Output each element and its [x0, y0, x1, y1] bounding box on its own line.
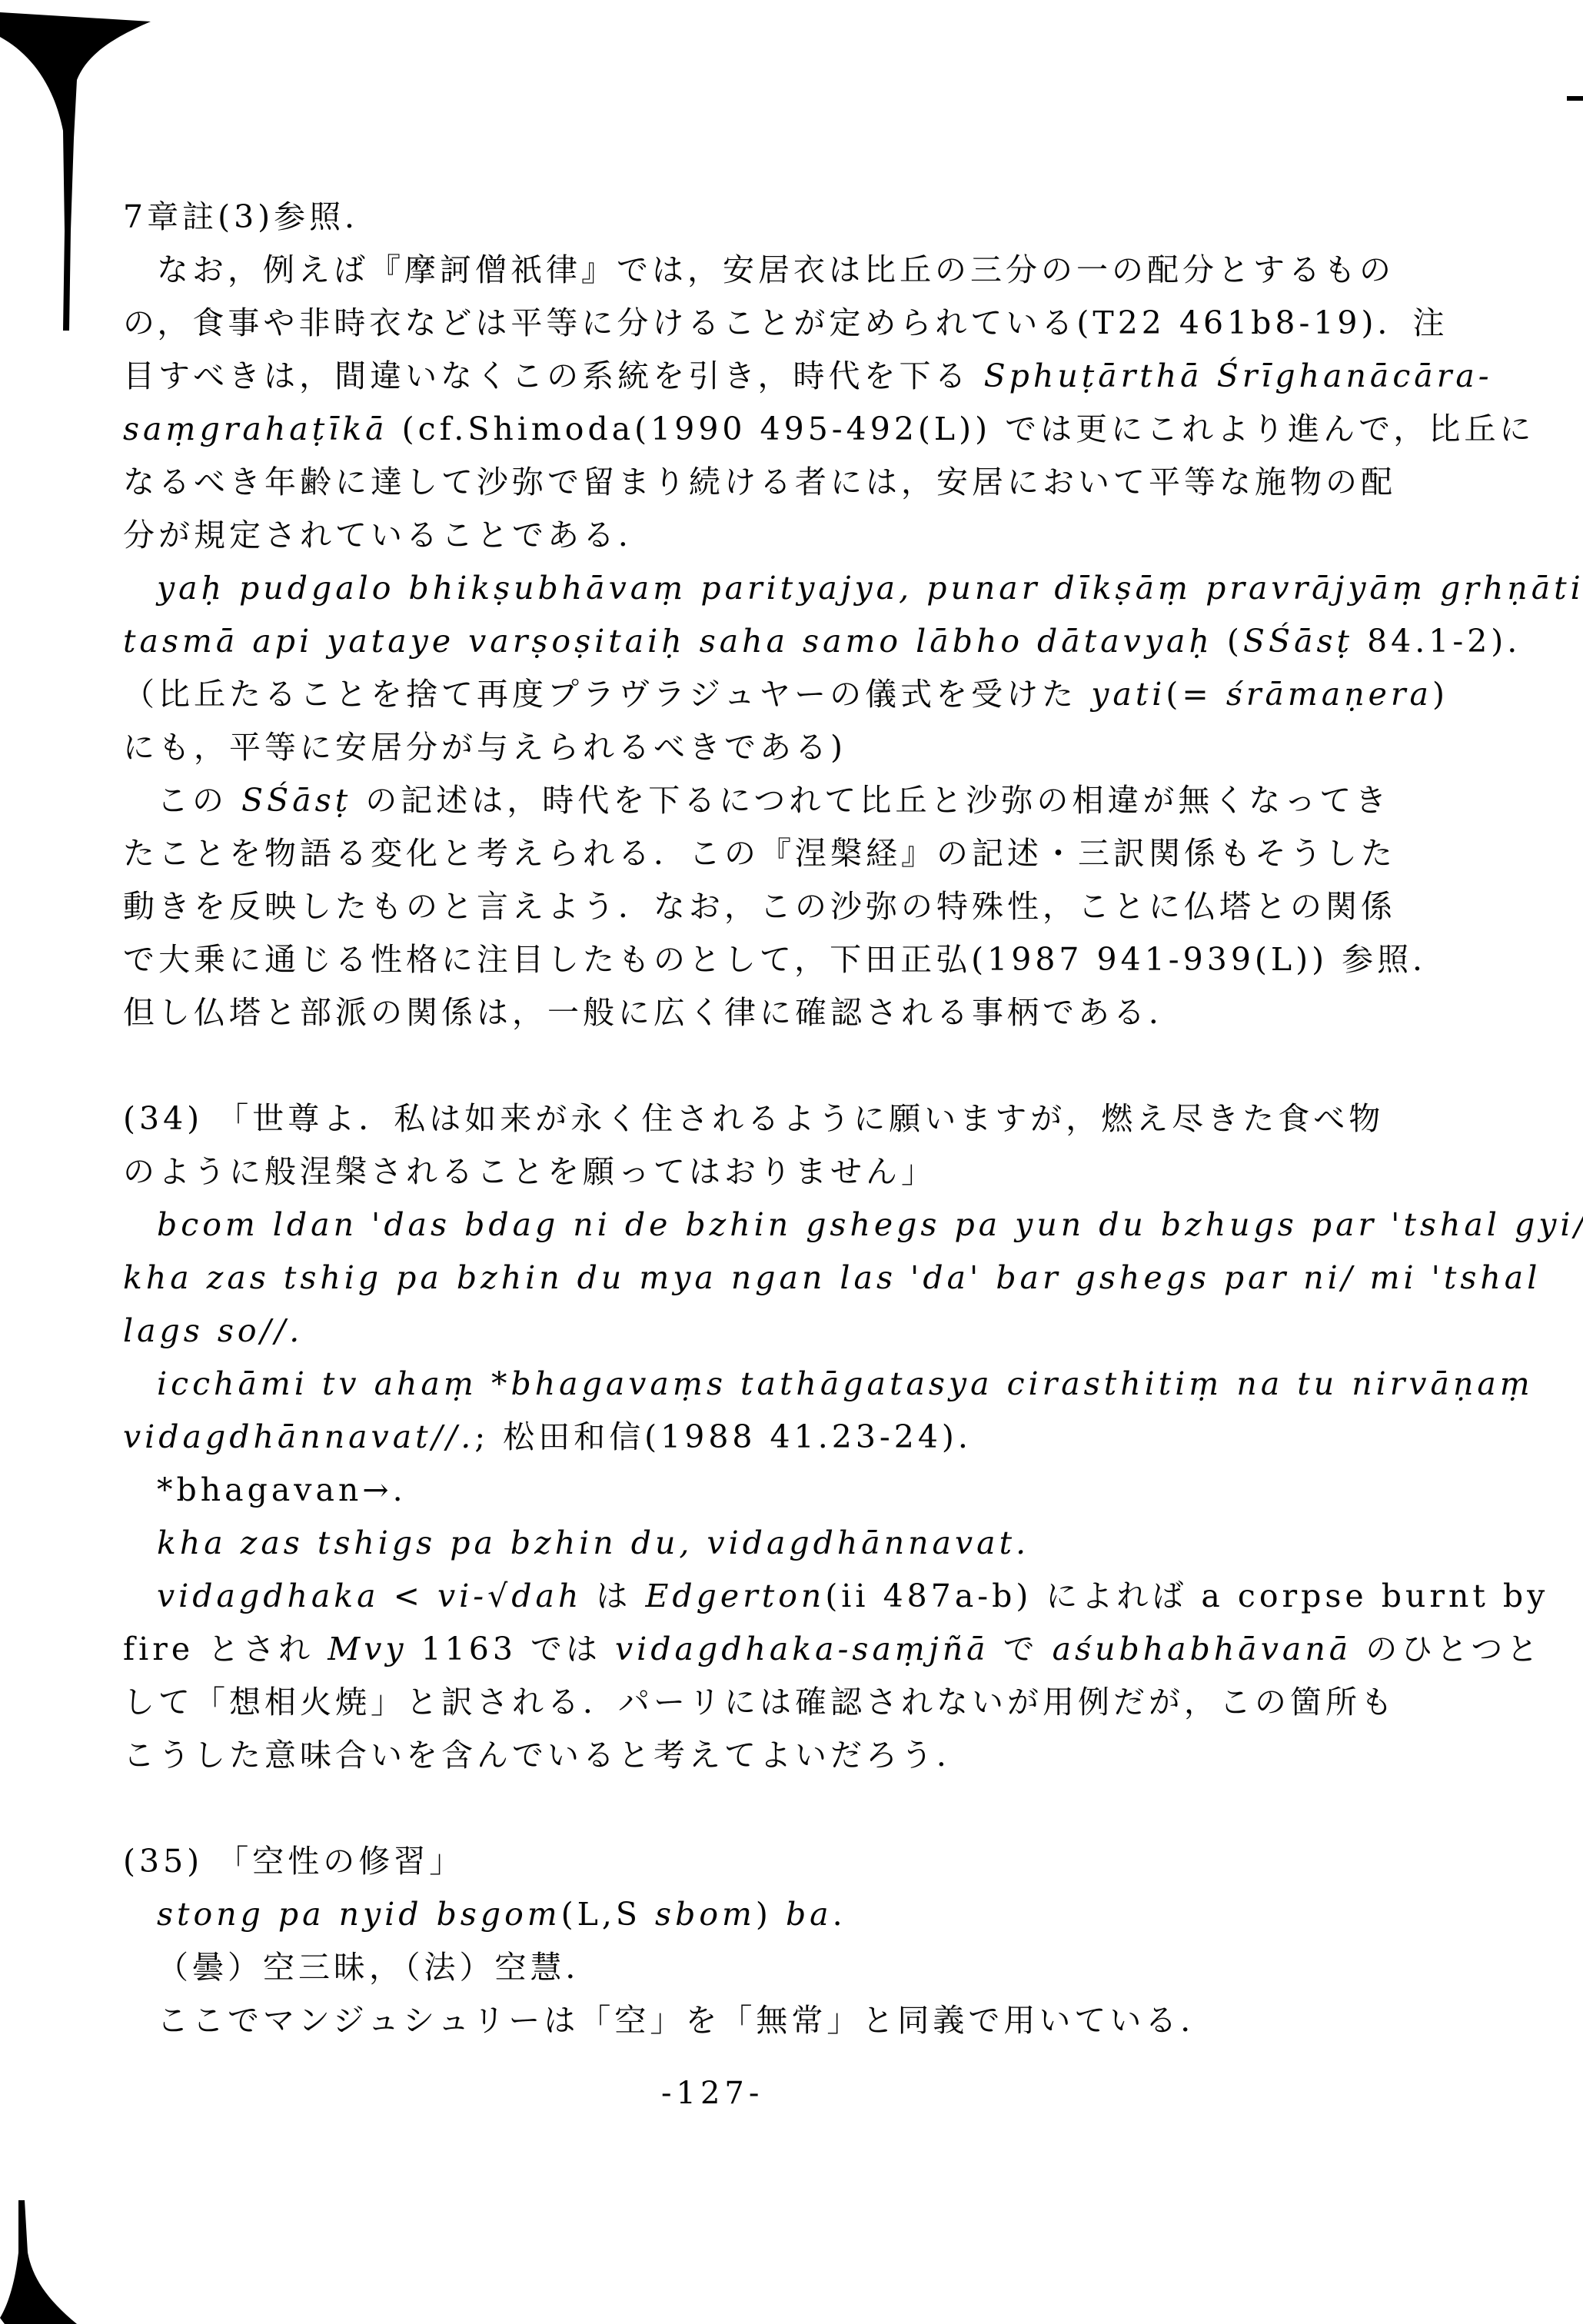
text-line: icchāmi tv ahaṃ *bhagavaṃs tathāgatasya … — [123, 1358, 1488, 1411]
body-text: なるべき年齢に達して沙弥で留まり続ける者には，安居において平等な施物の配 — [123, 464, 1396, 500]
text-line: kha zas tshig pa bzhin du mya ngan las '… — [123, 1252, 1488, 1305]
text-line: tasmā api yataye varṣoṣitaiḥ saha samo l… — [123, 615, 1488, 668]
text-line: bcom ldan 'das bdag ni de bzhin gshegs p… — [123, 1199, 1488, 1252]
text-line: fire とされ Mvy 1163 では vidagdhaka-saṃjñā で… — [123, 1623, 1488, 1676]
romanized-text: sbom — [655, 1896, 756, 1933]
document-lines: 7章註(3)参照．なお，例えば『摩訶僧祇律』では，安居衣は比丘の三分の一の配分と… — [123, 191, 1488, 2047]
romanized-text: stong pa nyid bsgom — [157, 1896, 561, 1933]
scanned-document-page: 7章註(3)参照．なお，例えば『摩訶僧祇律』では，安居衣は比丘の三分の一の配分と… — [0, 0, 1583, 2324]
romanized-text: vidagdhaka-saṃjñā — [615, 1631, 989, 1667]
body-text: なお，例えば『摩訶僧祇律』では，安居衣は比丘の三分の一の配分とするもの — [157, 251, 1395, 288]
body-text: にも，平等に安居分が与えられるべきである) — [123, 729, 846, 766]
text-line: たことを物語る変化と考えられる．この『涅槃経』の記述・三訳関係もそうした — [123, 827, 1488, 880]
body-text: (35) 「空性の修習」 — [123, 1843, 464, 1880]
body-text: ) — [1432, 676, 1448, 713]
body-text: *bhagavan→. — [157, 1471, 407, 1508]
body-text: < — [380, 1578, 437, 1614]
body-text: 但し仏塔と部派の関係は，一般に広く律に確認される事柄である． — [123, 994, 1184, 1031]
body-text: 7章註(3)参照． — [123, 198, 380, 235]
romanized-text: yati — [1091, 676, 1166, 713]
body-text: 分が規定されていることである． — [123, 517, 653, 554]
body-text: して「想相火焼」と訳される．パーリには確認されないが用例だが，この箇所も — [123, 1684, 1396, 1721]
romanized-text: bcom ldan 'das bdag ni de bzhin gshegs p… — [157, 1206, 1583, 1243]
romanized-text: śrāmaṇera — [1226, 676, 1432, 713]
body-text: ここでマンジュシュリーは「空」を「無常」と同義で用いている． — [157, 2002, 1216, 2039]
text-line: なお，例えば『摩訶僧祇律』では，安居衣は比丘の三分の一の配分とするもの — [123, 244, 1488, 297]
text-line: *bhagavan→. — [123, 1464, 1488, 1517]
romanized-text: icchāmi tv ahaṃ *bhagavaṃs tathāgatasya … — [157, 1365, 1534, 1402]
text-line: yaḥ pudgalo bhikṣubhāvaṃ parityajya, pun… — [123, 562, 1488, 615]
body-text: （曇）空三昧，（法）空慧． — [157, 1949, 601, 1986]
body-text: (cf.Shimoda(1990 495-492(L)) では更にこれより進んで… — [388, 411, 1535, 447]
romanized-text: Mvy — [328, 1631, 407, 1667]
text-line: 分が規定されていることである． — [123, 509, 1488, 562]
text-line: なるべき年齢に達して沙弥で留まり続ける者には，安居において平等な施物の配 — [123, 456, 1488, 509]
text-line: vidagdhānnavat//.; 松田和信(1988 41.23-24). — [123, 1411, 1488, 1464]
body-text: (34) 「世尊よ．私は如来が永く住されるように願いますが，燃え尽きた食べ物 — [123, 1100, 1384, 1137]
text-line: saṃgrahaṭīkā (cf.Shimoda(1990 495-492(L)… — [123, 403, 1488, 456]
text-line: vidagdhaka < vi-√dah は Edgerton(ii 487a-… — [123, 1570, 1488, 1623]
body-text: ( — [1213, 623, 1243, 660]
body-text: (L,S — [561, 1896, 655, 1933]
body-text: で大乗に通じる性格に注目したものとして，下田正弘(1987 941-939(L)… — [123, 941, 1448, 978]
romanized-text: tasmā api yataye varṣoṣitaiḥ saha samo l… — [123, 623, 1213, 660]
romanized-text: kha zas tshigs pa bzhin du, vidagdhānnav… — [157, 1524, 1029, 1561]
body-text: （比丘たることを捨て再度プラヴラジュヤーの儀式を受けた — [123, 676, 1091, 713]
text-line: 7章註(3)参照． — [123, 191, 1488, 244]
body-text: 目すべきは，間違いなくこの系統を引き，時代を下る — [123, 357, 984, 394]
bottom-left-ink-blob-icon — [0, 2200, 77, 2324]
romanized-text: Edgerton — [645, 1578, 825, 1614]
text-line: stong pa nyid bsgom(L,S sbom) ba. — [123, 1888, 1488, 1941]
text-line: のように般涅槃されることを願ってはおりません」 — [123, 1145, 1488, 1199]
text-line: （比丘たることを捨て再度プラヴラジュヤーの儀式を受けた yati(= śrāma… — [123, 668, 1488, 721]
body-text: ) — [756, 1896, 786, 1933]
body-text: . — [833, 1896, 846, 1933]
text-line: 但し仏塔と部派の関係は，一般に広く律に確認される事柄である． — [123, 986, 1488, 1039]
text-line: こうした意味合いを含んでいると考えてよいだろう． — [123, 1729, 1488, 1782]
text-line: 動きを反映したものと言えよう．なお，この沙弥の特殊性，ことに仏塔との関係 — [123, 880, 1488, 933]
body-text: ; 松田和信(1988 41.23-24). — [474, 1418, 972, 1455]
romanized-text: saṃgrahaṭīkā — [123, 411, 388, 447]
romanized-text: kha zas tshig pa bzhin du mya ngan las '… — [123, 1259, 1541, 1296]
body-text: (ii 487a-b) によれば a corpse burnt by — [825, 1578, 1548, 1614]
text-line: にも，平等に安居分が与えられるべきである) — [123, 721, 1488, 774]
body-text: 動きを反映したものと言えよう．なお，この沙弥の特殊性，ことに仏塔との関係 — [123, 888, 1396, 925]
body-text: こうした意味合いを含んでいると考えてよいだろう． — [123, 1737, 972, 1774]
text-line: して「想相火焼」と訳される．パーリには確認されないが用例だが，この箇所も — [123, 1676, 1488, 1729]
text-line: (35) 「空性の修習」 — [123, 1835, 1488, 1888]
body-text: のひとつと — [1352, 1631, 1541, 1667]
text-line: ここでマンジュシュリーは「空」を「無常」と同義で用いている． — [123, 1994, 1488, 2047]
body-text: (= — [1166, 676, 1225, 713]
romanized-text: aśubhabhāvanā — [1053, 1631, 1352, 1667]
text-line: kha zas tshigs pa bzhin du, vidagdhānnav… — [123, 1517, 1488, 1570]
text-line: の，食事や非時衣などは平等に分けることが定められている(T22 461b8-19… — [123, 297, 1488, 350]
romanized-text: lags so//. — [123, 1312, 303, 1349]
body-text: の記述は，時代を下るにつれて比丘と沙弥の相違が無くなってき — [351, 782, 1390, 819]
text-line: この SŚāsṭ の記述は，時代を下るにつれて比丘と沙弥の相違が無くなってき — [123, 774, 1488, 827]
romanized-text: vidagdhaka — [157, 1578, 380, 1614]
romanized-text: Sphuṭārthā Śrīghanācāra- — [984, 357, 1493, 394]
romanized-text: ba — [786, 1896, 833, 1933]
text-line: で大乗に通じる性格に注目したものとして，下田正弘(1987 941-939(L)… — [123, 933, 1488, 986]
body-text: 84.1-2). — [1353, 623, 1521, 660]
page-number: -127- — [661, 2076, 763, 2111]
top-right-ink-dash-icon — [1567, 96, 1583, 101]
romanized-text: yaḥ pudgalo bhikṣubhāvaṃ parityajya, pun… — [157, 570, 1583, 607]
body-text: で — [989, 1631, 1053, 1667]
text-line: 目すべきは，間違いなくこの系統を引き，時代を下る Sphuṭārthā Śrīg… — [123, 350, 1488, 403]
body-text: のように般涅槃されることを願ってはおりません」 — [123, 1153, 936, 1190]
text-line: (34) 「世尊よ．私は如来が永く住されるように願いますが，燃え尽きた食べ物 — [123, 1092, 1488, 1145]
romanized-text: vidagdhānnavat//. — [123, 1418, 474, 1455]
romanized-text: SŚāsṭ — [241, 782, 351, 819]
body-text: fire とされ — [123, 1631, 328, 1667]
body-text: この — [157, 782, 241, 819]
text-line: lags so//. — [123, 1305, 1488, 1358]
body-text: は — [582, 1578, 645, 1614]
body-text: の，食事や非時衣などは平等に分けることが定められている(T22 461b8-19… — [123, 304, 1448, 341]
romanized-text: vi-√dah — [437, 1578, 582, 1614]
text-line: （曇）空三昧，（法）空慧． — [123, 1941, 1488, 1994]
romanized-text: SŚāsṭ — [1243, 623, 1353, 660]
body-text: 1163 では — [407, 1631, 615, 1667]
body-text: たことを物語る変化と考えられる．この『涅槃経』の記述・三訳関係もそうした — [123, 835, 1396, 872]
